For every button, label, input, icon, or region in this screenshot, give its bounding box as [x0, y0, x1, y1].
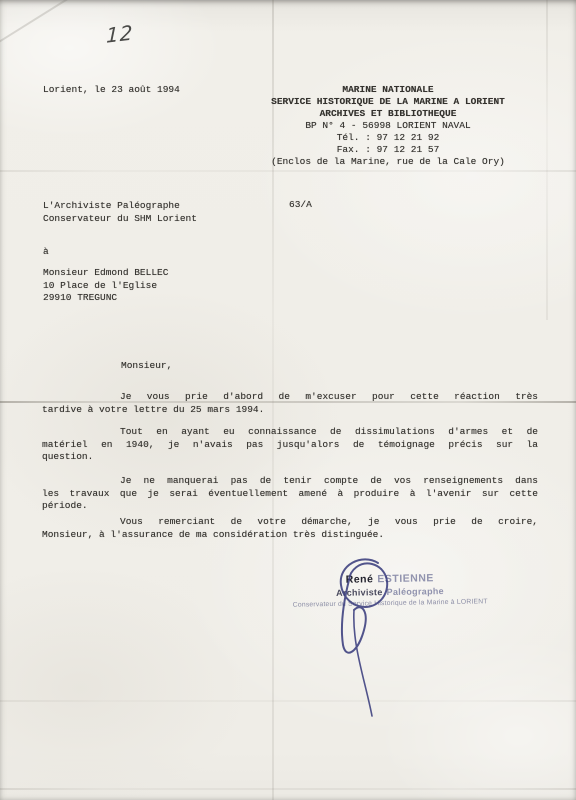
scanned-letter-page: 12 Lorient, le 23 août 1994 MARINE NATIO…: [0, 0, 576, 800]
letterhead: MARINE NATIONALE SERVICE HISTORIQUE DE L…: [240, 84, 536, 168]
recipient-street: 10 Place de l'Eglise: [43, 280, 168, 293]
paragraph-line: question.: [42, 451, 538, 464]
recipient-block: Monsieur Edmond BELLEC 10 Place de l'Egl…: [43, 267, 168, 305]
paragraph-line: Monsieur, à l'assurance de ma considérat…: [42, 529, 538, 542]
paragraph-line: Tout en ayant eu connaissance de dissimu…: [42, 426, 538, 439]
letterhead-location-note: (Enclos de la Marine, rue de la Cale Ory…: [240, 156, 536, 168]
paragraph-line: tardive à votre lettre du 25 mars 1994.: [42, 404, 538, 417]
recipient-city: 29910 TREGUNC: [43, 292, 168, 305]
paragraph-line: Je ne manquerai pas de tenir compte de v…: [42, 475, 538, 488]
date-line: Lorient, le 23 août 1994: [43, 84, 180, 95]
body-paragraph-2: Tout en ayant eu connaissance de dissimu…: [42, 426, 538, 464]
handwritten-signature: [305, 550, 435, 730]
recipient-intro: à: [43, 246, 49, 257]
letterhead-phone: Tél. : 97 12 21 92: [240, 132, 536, 144]
handwritten-page-number: 12: [106, 20, 134, 48]
body-paragraph-4: Vous remerciant de votre démarche, je vo…: [42, 516, 538, 541]
sender-title-line2: Conservateur du SHM Lorient: [43, 212, 197, 225]
paragraph-line: matériel en 1940, je n'avais pas jusqu'a…: [42, 439, 538, 452]
paper-crease-horizontal: [0, 788, 576, 790]
letterhead-organization: MARINE NATIONALE: [240, 84, 536, 96]
sender-title-line1: L'Archiviste Paléographe: [43, 199, 197, 212]
reference-number: 63/A: [289, 199, 312, 210]
paragraph-line: Vous remerciant de votre démarche, je vo…: [42, 516, 538, 529]
letterhead-fax: Fax. : 97 12 21 57: [240, 144, 536, 156]
paper-crease-corner: [0, 0, 93, 48]
paper-crease-vertical: [546, 0, 548, 320]
paragraph-line: Je vous prie d'abord de m'excuser pour c…: [42, 391, 538, 404]
paper-crease-horizontal: [0, 170, 576, 172]
paragraph-line: période.: [42, 500, 538, 513]
letterhead-department: ARCHIVES ET BIBLIOTHEQUE: [240, 108, 536, 120]
letterhead-address: BP N° 4 - 56998 LORIENT NAVAL: [240, 120, 536, 132]
paper-crease-horizontal: [0, 700, 576, 702]
recipient-name: Monsieur Edmond BELLEC: [43, 267, 168, 280]
letterhead-service: SERVICE HISTORIQUE DE LA MARINE A LORIEN…: [240, 96, 536, 108]
body-paragraph-1: Je vous prie d'abord de m'excuser pour c…: [42, 391, 538, 416]
salutation: Monsieur,: [121, 360, 172, 371]
paragraph-line: les travaux que je serai éventuellement …: [42, 488, 538, 501]
sender-block: L'Archiviste Paléographe Conservateur du…: [43, 199, 197, 225]
body-paragraph-3: Je ne manquerai pas de tenir compte de v…: [42, 475, 538, 513]
